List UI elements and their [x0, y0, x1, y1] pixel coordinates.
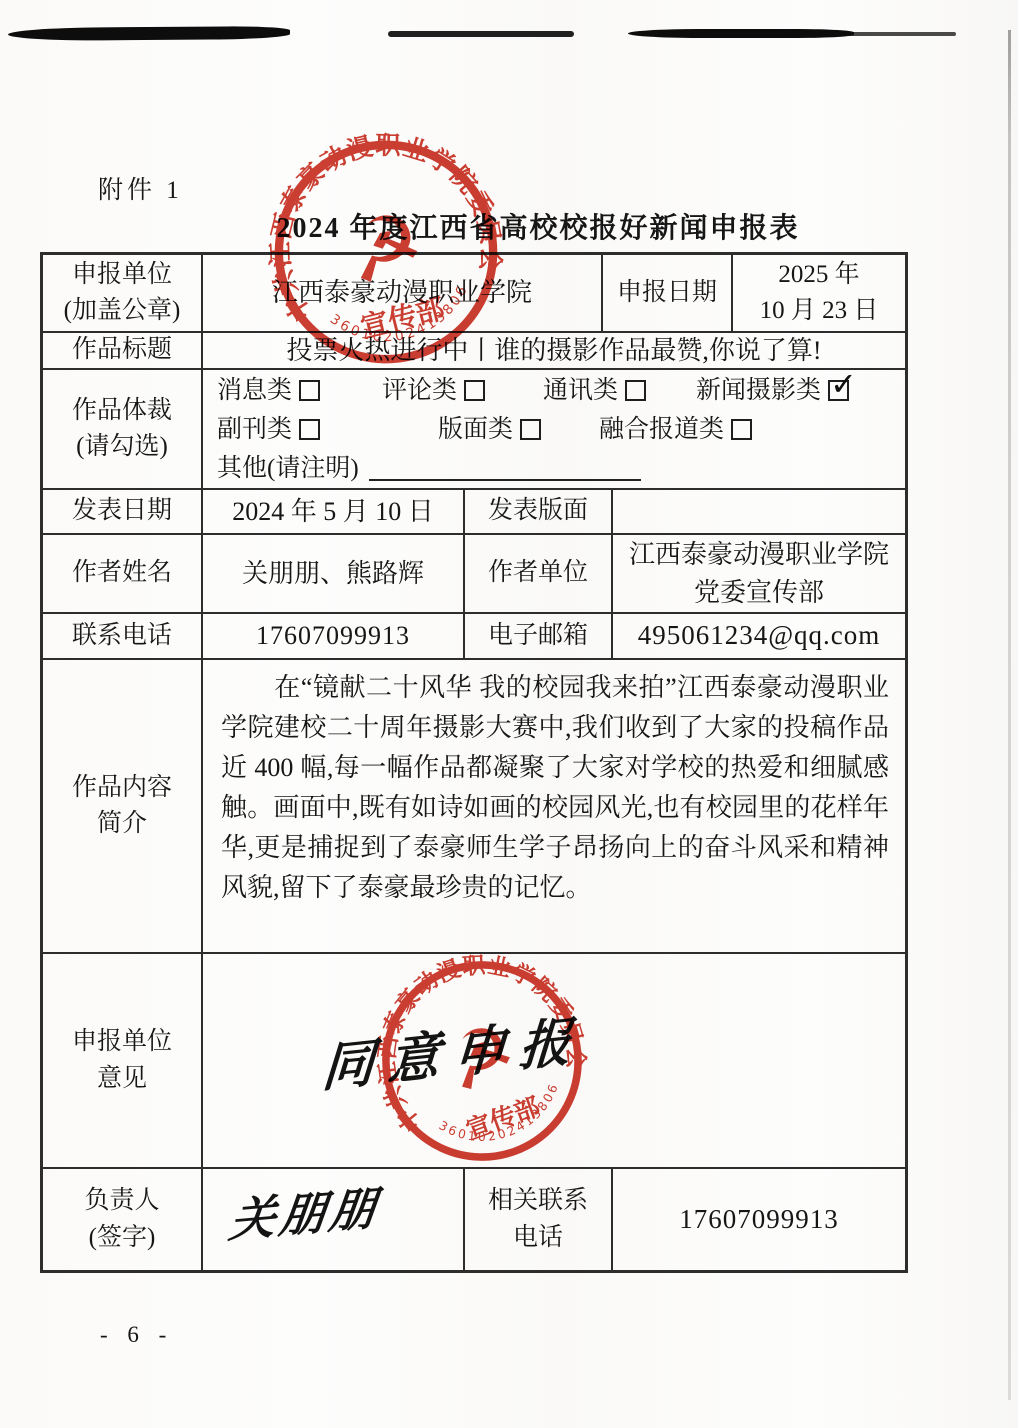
label-line: 负责人: [84, 1183, 159, 1219]
page-number: - 6 -: [100, 1322, 173, 1348]
genre-option: 版面类: [438, 410, 541, 449]
unit-opinion-label: 申报单位 意见: [43, 954, 203, 1167]
scan-artifact-streak: [388, 31, 574, 37]
label-line: (加盖公章): [64, 293, 181, 329]
label-line: 意见: [97, 1061, 147, 1097]
option-label: 新闻摄影类: [696, 371, 821, 410]
label-line: 作品体裁: [72, 393, 172, 429]
label-line: 申报单位: [72, 1024, 172, 1060]
email-label: 电子邮箱: [465, 614, 613, 658]
declare-date-label: 申报日期: [603, 255, 733, 331]
content-intro-cell: 在“镜献二十风华 我的校园我来拍”江西泰豪动漫职业学院建校二十周年摄影大赛中,我…: [203, 660, 905, 952]
row-genre: 作品体裁 (请勾选) 消息类 评论类 通讯类: [43, 370, 905, 490]
label-line: (请勾选): [76, 429, 168, 465]
contact-phone-label: 联系电话: [43, 614, 203, 658]
declare-unit-label: 申报单位 (加盖公章): [43, 255, 203, 331]
hammer-sickle-icon: ☭: [434, 1005, 528, 1111]
genre-other-label: 其他(请注明): [217, 449, 359, 488]
option-label: 融合报道类: [599, 410, 724, 449]
checkbox-unchecked: [520, 419, 541, 440]
option-label: 消息类: [217, 371, 292, 410]
related-phone-label: 相关联系 电话: [465, 1169, 613, 1270]
date-line: 2025 年: [778, 257, 859, 293]
hammer-sickle-icon: ☭: [337, 192, 434, 305]
author-name-value: 关朋朋、熊路辉: [203, 535, 465, 612]
fill-in-blank-line: [369, 455, 641, 481]
checkbox-unchecked: [299, 419, 320, 440]
content-intro-paragraph: 在“镜献二十风华 我的校园我来拍”江西泰豪动漫职业学院建校二十周年摄影大赛中,我…: [221, 668, 889, 908]
label-line: (签字): [89, 1220, 156, 1256]
scan-artifact-streak: [628, 29, 854, 38]
label-line: 简介: [97, 806, 147, 842]
scan-artifact-streak: [848, 32, 956, 36]
label-line: 电话: [513, 1220, 563, 1256]
author-unit-value: 江西泰豪动漫职业学院 党委宣传部: [613, 535, 905, 612]
contact-phone-value: 17607099913: [203, 614, 465, 658]
email-value: 495061234@qq.com: [613, 614, 905, 658]
row-publish-date: 发表日期 2024 年 5 月 10 日 发表版面: [43, 490, 905, 535]
author-name-label: 作者姓名: [43, 535, 203, 612]
checkbox-unchecked: [731, 419, 752, 440]
genre-other-line: 其他(请注明): [217, 449, 641, 488]
related-phone-value: 17607099913: [613, 1169, 905, 1270]
label-line: 作品内容: [72, 770, 172, 806]
unit-line: 江西泰豪动漫职业学院: [629, 536, 889, 574]
work-title-label: 作品标题: [43, 333, 203, 368]
row-contact: 联系电话 17607099913 电子邮箱 495061234@qq.com: [43, 614, 905, 660]
checkbox-checked: ✓: [828, 380, 849, 401]
content-intro-label: 作品内容 简介: [43, 660, 203, 952]
genre-option: 融合报道类: [599, 410, 752, 449]
option-label: 通讯类: [543, 371, 618, 410]
publish-date-label: 发表日期: [43, 490, 203, 533]
signature-handwriting: 关朋朋: [226, 1171, 384, 1251]
unit-line: 党委宣传部: [694, 574, 824, 612]
attachment-label: 附件 1: [98, 170, 183, 206]
scan-artifact-streak: [8, 26, 290, 41]
author-unit-label: 作者单位: [465, 535, 613, 612]
row-content-intro: 作品内容 简介 在“镜献二十风华 我的校园我来拍”江西泰豪动漫职业学院建校二十周…: [43, 660, 905, 954]
genre-label: 作品体裁 (请勾选): [43, 370, 203, 488]
option-label: 副刊类: [217, 410, 292, 449]
date-line: 10 月 23 日: [760, 293, 879, 329]
genre-option: 副刊类: [217, 410, 320, 449]
genre-option: 通讯类: [543, 371, 646, 410]
checkbox-unchecked: [625, 380, 646, 401]
responsible-label: 负责人 (签字): [43, 1169, 203, 1270]
row-author: 作者姓名 关朋朋、熊路辉 作者单位 江西泰豪动漫职业学院 党委宣传部: [43, 535, 905, 614]
check-mark: ✓: [830, 365, 857, 404]
checkbox-unchecked: [464, 380, 485, 401]
publish-page-label: 发表版面: [465, 490, 613, 533]
genre-options-line2: 副刊类 版面类 融合报道类: [217, 410, 752, 449]
publish-date-value: 2024 年 5 月 10 日: [203, 490, 465, 533]
genre-option-selected: 新闻摄影类 ✓: [696, 371, 849, 410]
label-line: 申报单位: [72, 257, 172, 293]
scanned-form-page: 附件 1 2024 年度江西省高校校报好新闻申报表 申报单位 (加盖公章) 江西…: [0, 0, 1018, 1428]
declare-date-value: 2025 年 10 月 23 日: [733, 255, 905, 331]
option-label: 版面类: [438, 410, 513, 449]
publish-page-value: [613, 490, 905, 533]
label-line: 相关联系: [488, 1183, 588, 1219]
